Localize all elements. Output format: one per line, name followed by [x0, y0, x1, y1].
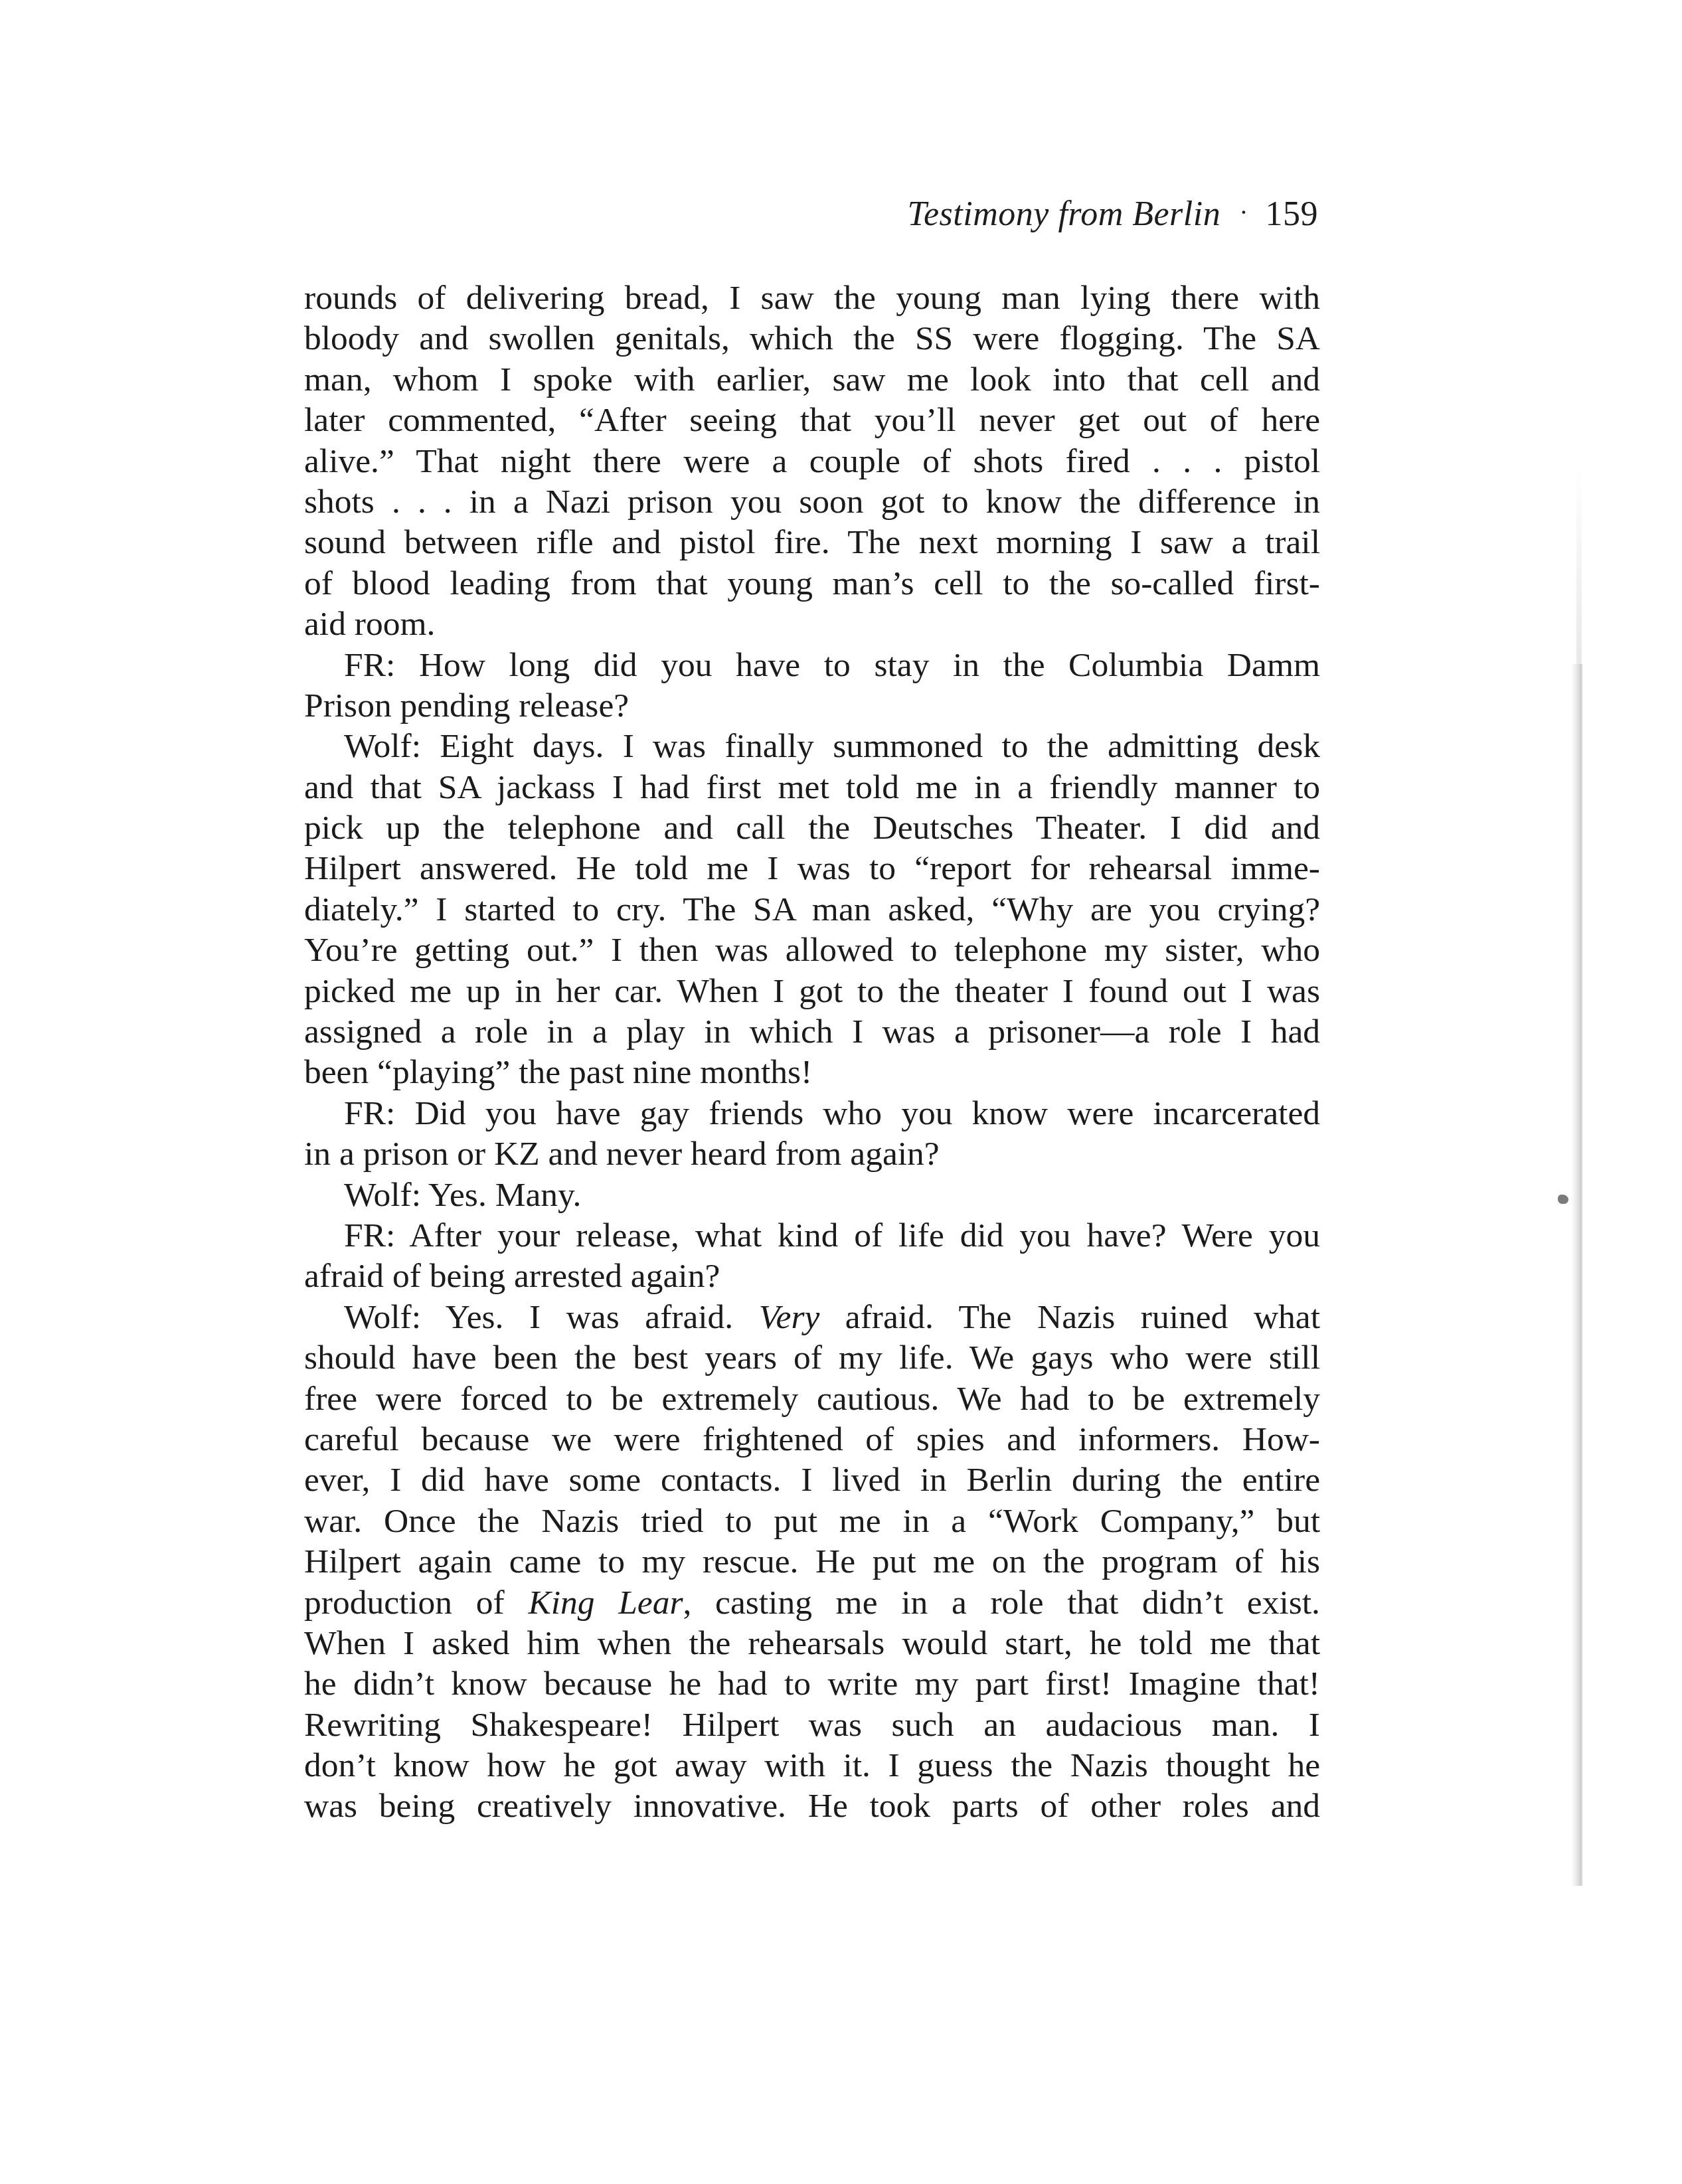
text-line: When I asked him when the rehearsals wou… — [304, 1623, 1320, 1663]
text-line: production of King Lear, casting me in a… — [304, 1582, 1320, 1623]
text-line: been “playing” the past nine months! — [304, 1052, 1320, 1092]
text-line: diately.” I started to cry. The SA man a… — [304, 889, 1320, 930]
text-segment: assigned a role in a play in which I was… — [304, 1013, 1320, 1050]
text-segment: Hilpert again came to my rescue. He put … — [304, 1543, 1320, 1580]
text-line: later commented, “After seeing that you’… — [304, 400, 1320, 440]
text-segment: Prison pending release? — [304, 687, 629, 724]
text-segment: production of — [304, 1584, 528, 1622]
italic-text-segment: Very — [759, 1298, 820, 1336]
text-line: Wolf: Yes. I was afraid. Very afraid. Th… — [304, 1297, 1320, 1337]
text-line: You’re getting out.” I then was allowed … — [304, 930, 1320, 970]
text-segment: was being creatively innovative. He took… — [304, 1787, 1320, 1825]
text-line: man, whom I spoke with earlier, saw me l… — [304, 359, 1320, 400]
text-line: Wolf: Yes. Many. — [304, 1175, 1320, 1215]
text-line: sound between rifle and pistol fire. The… — [304, 522, 1320, 562]
text-segment: diately.” I started to cry. The SA man a… — [304, 890, 1320, 928]
text-segment: FR: After your release, what kind of lif… — [344, 1217, 1320, 1254]
text-line: FR: Did you have gay friends who you kno… — [304, 1093, 1320, 1134]
text-line: FR: How long did you have to stay in the… — [304, 645, 1320, 685]
text-segment: should have been the best years of my li… — [304, 1339, 1320, 1377]
text-segment: afraid of being arrested again? — [304, 1257, 720, 1295]
text-line: FR: After your release, what kind of lif… — [304, 1215, 1320, 1256]
text-line: aid room. — [304, 604, 1320, 644]
text-segment: Hilpert answered. He told me I was to “r… — [304, 849, 1320, 887]
text-line: shots . . . in a Nazi prison you soon go… — [304, 481, 1320, 522]
text-line: war. Once the Nazis tried to put me in a… — [304, 1501, 1320, 1541]
text-segment: You’re getting out.” I then was allowed … — [304, 931, 1320, 969]
page-number: 159 — [1266, 195, 1319, 233]
text-line: Wolf: Eight days. I was finally summoned… — [304, 726, 1320, 766]
text-line: bloody and swollen genitals, which the S… — [304, 318, 1320, 359]
text-segment: man, whom I spoke with earlier, saw me l… — [304, 361, 1320, 398]
text-segment: aid room. — [304, 605, 435, 643]
text-line: Hilpert answered. He told me I was to “r… — [304, 848, 1320, 888]
text-line: Hilpert again came to my rescue. He put … — [304, 1541, 1320, 1582]
text-segment: , casting me in a role that didn’t exist… — [683, 1584, 1321, 1622]
text-segment: afraid. The Nazis ruined what — [819, 1298, 1320, 1336]
text-line: alive.” That night there were a couple o… — [304, 441, 1320, 481]
text-line: Prison pending release? — [304, 685, 1320, 726]
text-segment: later commented, “After seeing that you’… — [304, 401, 1320, 439]
text-segment: Rewriting Shakespeare! Hilpert was such … — [304, 1706, 1320, 1744]
text-segment: of blood leading from that young man’s c… — [304, 564, 1320, 602]
text-segment: don’t know how he got away with it. I gu… — [304, 1746, 1320, 1784]
text-line: ever, I did have some contacts. I lived … — [304, 1460, 1320, 1500]
running-head-title: Testimony from Berlin — [907, 195, 1220, 233]
text-segment: in a prison or KZ and never heard from a… — [304, 1135, 940, 1173]
text-line: of blood leading from that young man’s c… — [304, 563, 1320, 604]
scan-gutter-shadow — [1571, 664, 1583, 1886]
text-line: rounds of delivering bread, I saw the yo… — [304, 278, 1320, 318]
text-segment: FR: How long did you have to stay in the… — [344, 646, 1320, 684]
text-line: don’t know how he got away with it. I gu… — [304, 1745, 1320, 1786]
text-line: free were forced to be extremely cautiou… — [304, 1379, 1320, 1419]
scan-speck — [1558, 1195, 1568, 1204]
text-segment: been “playing” the past nine months! — [304, 1053, 812, 1091]
text-segment: free were forced to be extremely cautiou… — [304, 1380, 1320, 1418]
book-page: Testimony from Berlin·159 rounds of deli… — [0, 0, 1682, 2184]
text-segment: Wolf: Yes. I was afraid. — [344, 1298, 759, 1336]
text-segment: sound between rifle and pistol fire. The… — [304, 523, 1320, 561]
text-segment: When I asked him when the rehearsals wou… — [304, 1624, 1320, 1662]
text-segment: picked me up in her car. When I got to t… — [304, 972, 1320, 1010]
text-segment: ever, I did have some contacts. I lived … — [304, 1461, 1320, 1499]
text-line: he didn’t know because he had to write m… — [304, 1663, 1320, 1704]
text-segment: FR: Did you have gay friends who you kno… — [344, 1094, 1320, 1132]
text-line: afraid of being arrested again? — [304, 1256, 1320, 1296]
text-segment: careful because we were frightened of sp… — [304, 1420, 1320, 1458]
text-line: Rewriting Shakespeare! Hilpert was such … — [304, 1705, 1320, 1745]
text-line: and that SA jackass I had first met told… — [304, 767, 1320, 807]
text-segment: war. Once the Nazis tried to put me in a… — [304, 1502, 1320, 1540]
text-line: picked me up in her car. When I got to t… — [304, 971, 1320, 1011]
text-segment: he didn’t know because he had to write m… — [304, 1665, 1320, 1703]
text-segment: alive.” That night there were a couple o… — [304, 442, 1320, 480]
text-line: in a prison or KZ and never heard from a… — [304, 1134, 1320, 1174]
running-head-separator: · — [1239, 189, 1248, 236]
scan-gutter-shadow-top — [1576, 465, 1582, 664]
text-segment: Wolf: Eight days. I was finally summoned… — [344, 727, 1320, 765]
text-segment: bloody and swollen genitals, which the S… — [304, 319, 1320, 357]
text-line: pick up the telephone and call the Deuts… — [304, 807, 1320, 848]
italic-text-segment: King Lear — [528, 1584, 683, 1622]
text-line: assigned a role in a play in which I was… — [304, 1011, 1320, 1052]
text-segment: and that SA jackass I had first met told… — [304, 768, 1320, 806]
text-line: was being creatively innovative. He took… — [304, 1786, 1320, 1826]
running-head: Testimony from Berlin·159 — [907, 189, 1318, 238]
text-segment: shots . . . in a Nazi prison you soon go… — [304, 483, 1320, 521]
text-line: careful because we were frightened of sp… — [304, 1419, 1320, 1460]
text-segment: pick up the telephone and call the Deuts… — [304, 809, 1320, 847]
text-line: should have been the best years of my li… — [304, 1337, 1320, 1378]
text-segment: Wolf: Yes. Many. — [344, 1176, 581, 1214]
text-segment: rounds of delivering bread, I saw the yo… — [304, 279, 1320, 317]
body-text: rounds of delivering bread, I saw the yo… — [304, 278, 1320, 1827]
